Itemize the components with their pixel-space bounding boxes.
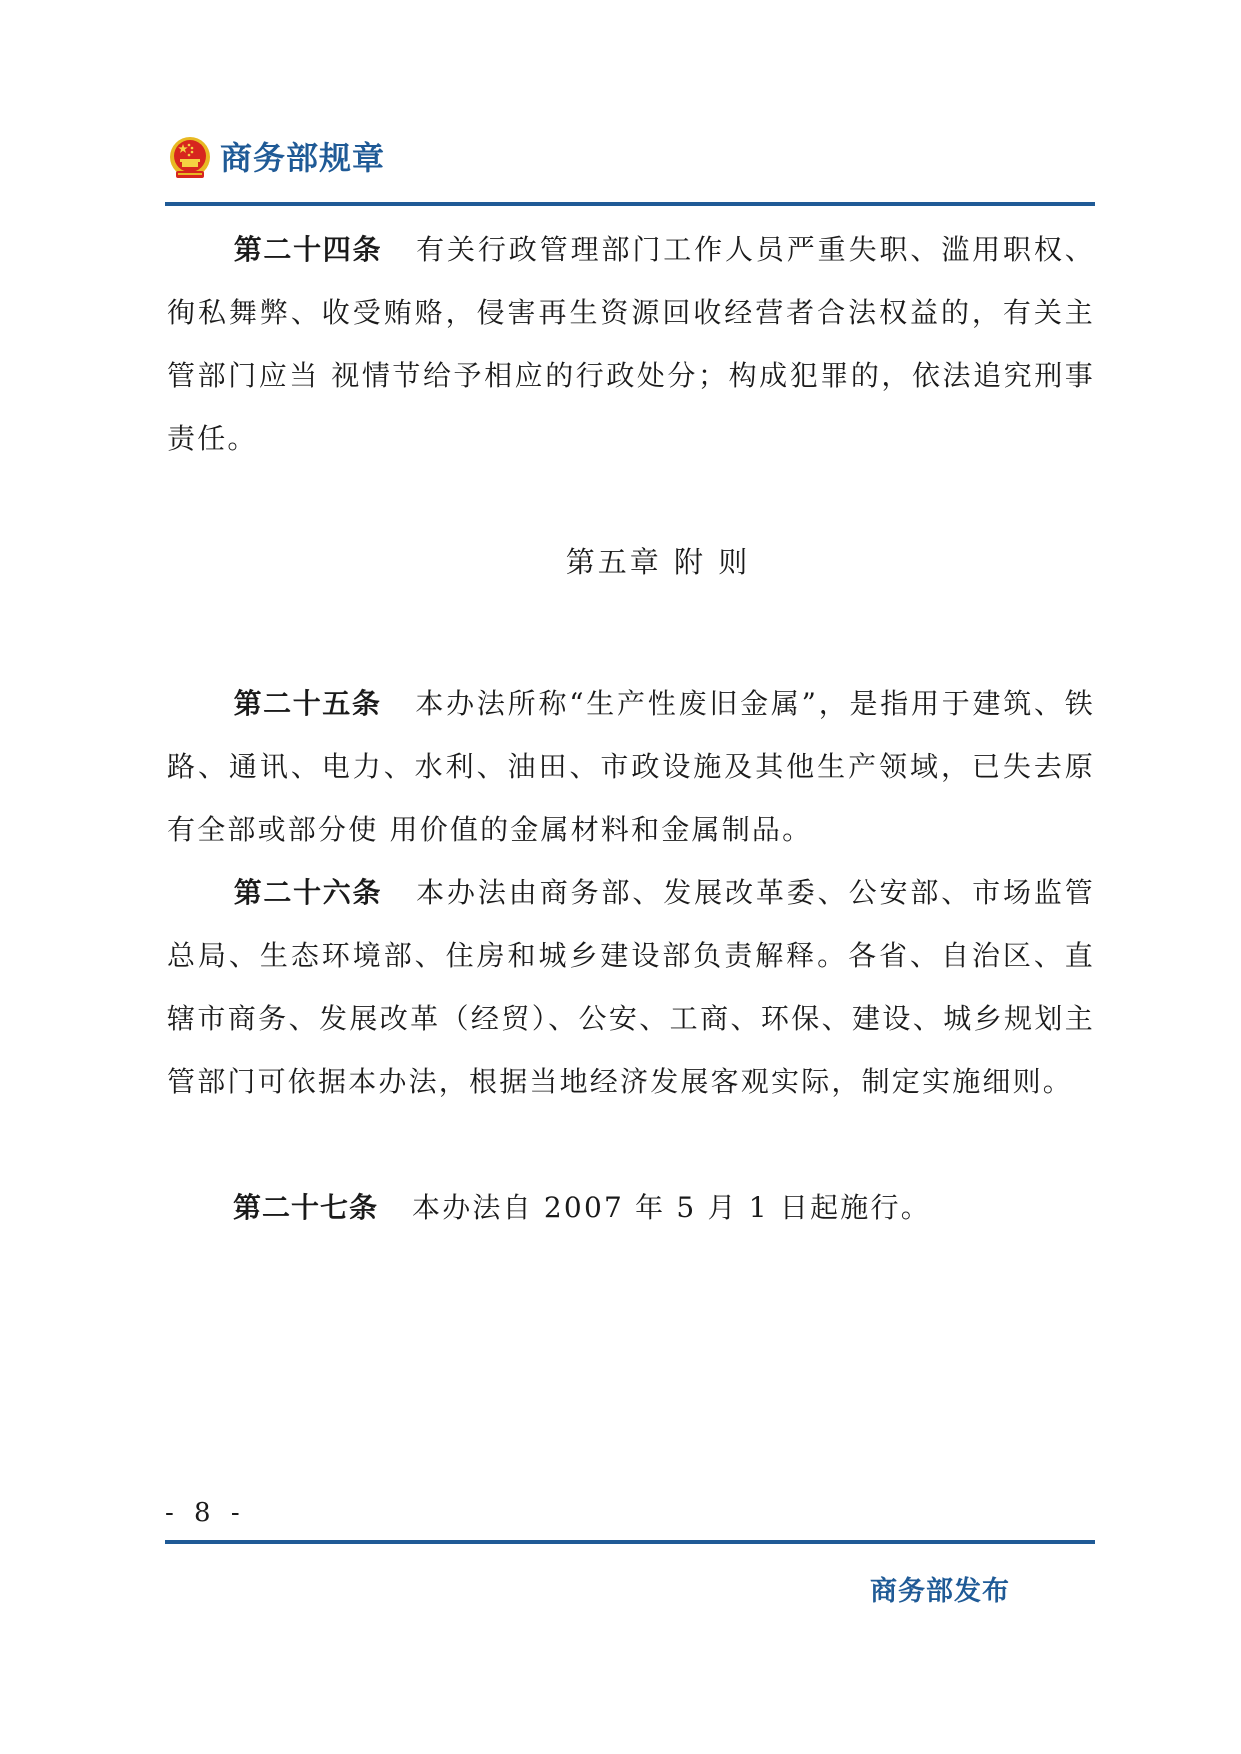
page-number: - 8 - [165,1496,246,1530]
page-header: 商务部规章 [168,132,385,184]
article-number: 第二十六条 [233,876,382,909]
header-divider [165,202,1095,206]
article-number: 第二十七条 [233,1191,378,1224]
footer-divider [165,1540,1095,1544]
publisher-label: 商务部发布 [870,1572,1010,1612]
article-number: 第二十四条 [233,233,382,266]
article-text: 本办法由商务部、发展改革委、公安部、市场监管总局、生态环境部、住房和城乡建设部负… [167,876,1095,1098]
article-text: 本办法自 2007 年 5 月 1 日起施行。 [412,1191,931,1224]
article-27: 第二十七条本办法自 2007 年 5 月 1 日起施行。 [167,1176,1095,1239]
chapter-title: 第五章 附 则 [0,540,1241,584]
article-26: 第二十六条本办法由商务部、发展改革委、公安部、市场监管总局、生态环境部、住房和城… [167,861,1095,1113]
article-number: 第二十五条 [233,687,381,720]
header-title: 商务部规章 [220,132,385,184]
article-25: 第二十五条本办法所称“生产性废旧金属”，是指用于建筑、铁路、通讯、电力、水利、油… [167,672,1095,861]
article-text: 有关行政管理部门工作人员严重失职、滥用职权、徇私舞弊、收受贿赂，侵害再生资源回收… [167,233,1095,455]
national-emblem-icon [168,135,212,181]
article-24: 第二十四条有关行政管理部门工作人员严重失职、滥用职权、徇私舞弊、收受贿赂，侵害再… [167,218,1095,470]
